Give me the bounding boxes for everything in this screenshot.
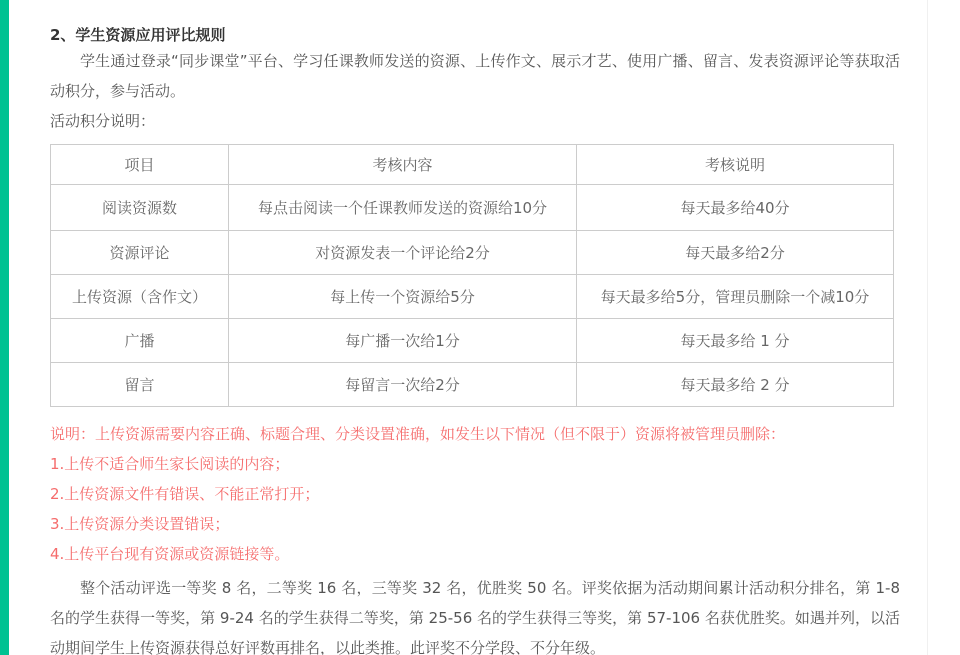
document-page: 2、学生资源应用评比规则 学生通过登录“同步课堂”平台、学习任课教师发送的资源、…: [0, 0, 960, 655]
notice-item: 1.上传不适合师生家长阅读的内容；: [50, 449, 900, 479]
cell-description: 每天最多给5分，管理员删除一个减10分: [577, 275, 894, 319]
awards-paragraph: 整个活动评选一等奖 8 名，二等奖 16 名，三等奖 32 名，优胜奖 50 名…: [50, 573, 900, 655]
notice-item: 2.上传资源文件有错误、不能正常打开；: [50, 479, 900, 509]
table-row: 上传资源（含作文） 每上传一个资源给5分 每天最多给5分，管理员删除一个减10分: [51, 275, 894, 319]
cell-item: 阅读资源数: [51, 185, 229, 231]
cell-content: 每留言一次给2分: [229, 363, 577, 407]
table-row: 资源评论 对资源发表一个评论给2分 每天最多给2分: [51, 231, 894, 275]
cell-description: 每天最多给2分: [577, 231, 894, 275]
notice-lead: 说明：上传资源需要内容正确、标题合理、分类设置准确，如发生以下情况（但不限于）资…: [50, 419, 900, 449]
table-header-row: 项目 考核内容 考核说明: [51, 145, 894, 185]
cell-item: 上传资源（含作文）: [51, 275, 229, 319]
notice-item: 3.上传资源分类设置错误；: [50, 509, 900, 539]
table-row: 广播 每广播一次给1分 每天最多给 1 分: [51, 319, 894, 363]
table-row: 阅读资源数 每点击阅读一个任课教师发送的资源给10分 每天最多给40分: [51, 185, 894, 231]
cell-content: 每上传一个资源给5分: [229, 275, 577, 319]
header-cell-item: 项目: [51, 145, 229, 185]
left-accent-bar: [0, 0, 9, 655]
cell-item: 广播: [51, 319, 229, 363]
score-rules-table: 项目 考核内容 考核说明 阅读资源数 每点击阅读一个任课教师发送的资源给10分 …: [50, 144, 894, 407]
cell-item: 留言: [51, 363, 229, 407]
notice-item: 4.上传平台现有资源或资源链接等。: [50, 539, 900, 569]
points-description-label: 活动积分说明：: [50, 106, 900, 136]
intro-paragraph: 学生通过登录“同步课堂”平台、学习任课教师发送的资源、上传作文、展示才艺、使用广…: [50, 46, 900, 106]
cell-content: 对资源发表一个评论给2分: [229, 231, 577, 275]
section-title: 2、学生资源应用评比规则: [50, 24, 900, 46]
content-right-edge: [927, 0, 928, 655]
cell-item: 资源评论: [51, 231, 229, 275]
cell-description: 每天最多给 1 分: [577, 319, 894, 363]
cell-content: 每点击阅读一个任课教师发送的资源给10分: [229, 185, 577, 231]
cell-description: 每天最多给 2 分: [577, 363, 894, 407]
upload-notice-block: 说明：上传资源需要内容正确、标题合理、分类设置准确，如发生以下情况（但不限于）资…: [50, 419, 900, 569]
document-content: 2、学生资源应用评比规则 学生通过登录“同步课堂”平台、学习任课教师发送的资源、…: [50, 0, 900, 655]
cell-content: 每广播一次给1分: [229, 319, 577, 363]
cell-description: 每天最多给40分: [577, 185, 894, 231]
table-row: 留言 每留言一次给2分 每天最多给 2 分: [51, 363, 894, 407]
header-cell-description: 考核说明: [577, 145, 894, 185]
header-cell-content: 考核内容: [229, 145, 577, 185]
